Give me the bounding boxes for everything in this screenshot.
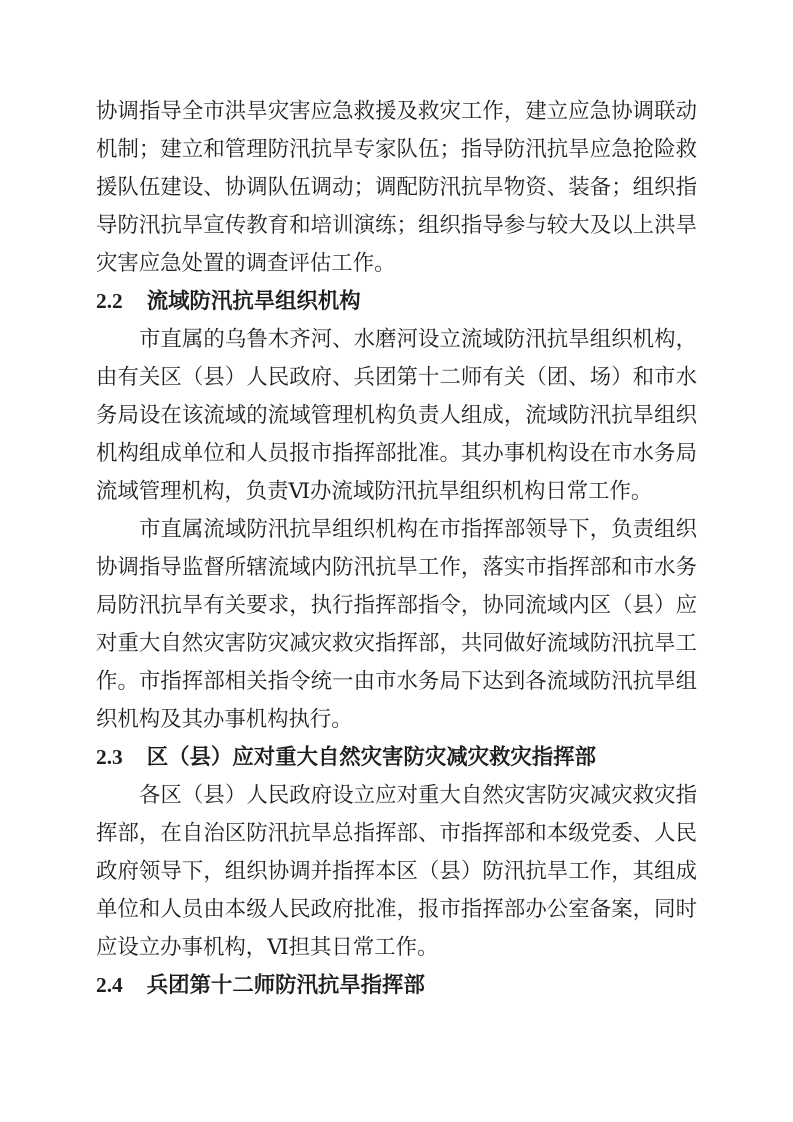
section-heading-2-4: 2.4兵团第十二师防汛抗旱指挥部 (96, 966, 697, 1004)
section-number: 2.4 (96, 966, 123, 1004)
section-number: 2.2 (96, 282, 123, 320)
section-heading-2-2: 2.2流域防汛抗旱组织机构 (96, 282, 697, 320)
paragraph: 市直属的乌鲁木齐河、水磨河设立流域防汛抗旱组织机构，由有关区（县）人民政府、兵团… (96, 320, 697, 510)
paragraph-continuation: 协调指导全市洪旱灾害应急救援及救灾工作，建立应急协调联动机制；建立和管理防汛抗旱… (96, 92, 697, 282)
paragraph: 市直属流域防汛抗旱组织机构在市指挥部领导下，负责组织协调指导监督所辖流域内防汛抗… (96, 510, 697, 738)
paragraph: 各区（县）人民政府设立应对重大自然灾害防灾减灾救灾指挥部，在自治区防汛抗旱总指挥… (96, 776, 697, 966)
section-number: 2.3 (96, 738, 123, 776)
document-page: 协调指导全市洪旱灾害应急救援及救灾工作，建立应急协调联动机制；建立和管理防汛抗旱… (0, 0, 793, 1122)
document-body: 协调指导全市洪旱灾害应急救援及救灾工作，建立应急协调联动机制；建立和管理防汛抗旱… (96, 92, 697, 1004)
section-title: 区（县）应对重大自然灾害防灾减灾救灾指挥部 (147, 745, 596, 769)
section-title: 兵团第十二师防汛抗旱指挥部 (147, 973, 425, 997)
section-heading-2-3: 2.3区（县）应对重大自然灾害防灾减灾救灾指挥部 (96, 738, 697, 776)
section-title: 流域防汛抗旱组织机构 (147, 289, 361, 313)
